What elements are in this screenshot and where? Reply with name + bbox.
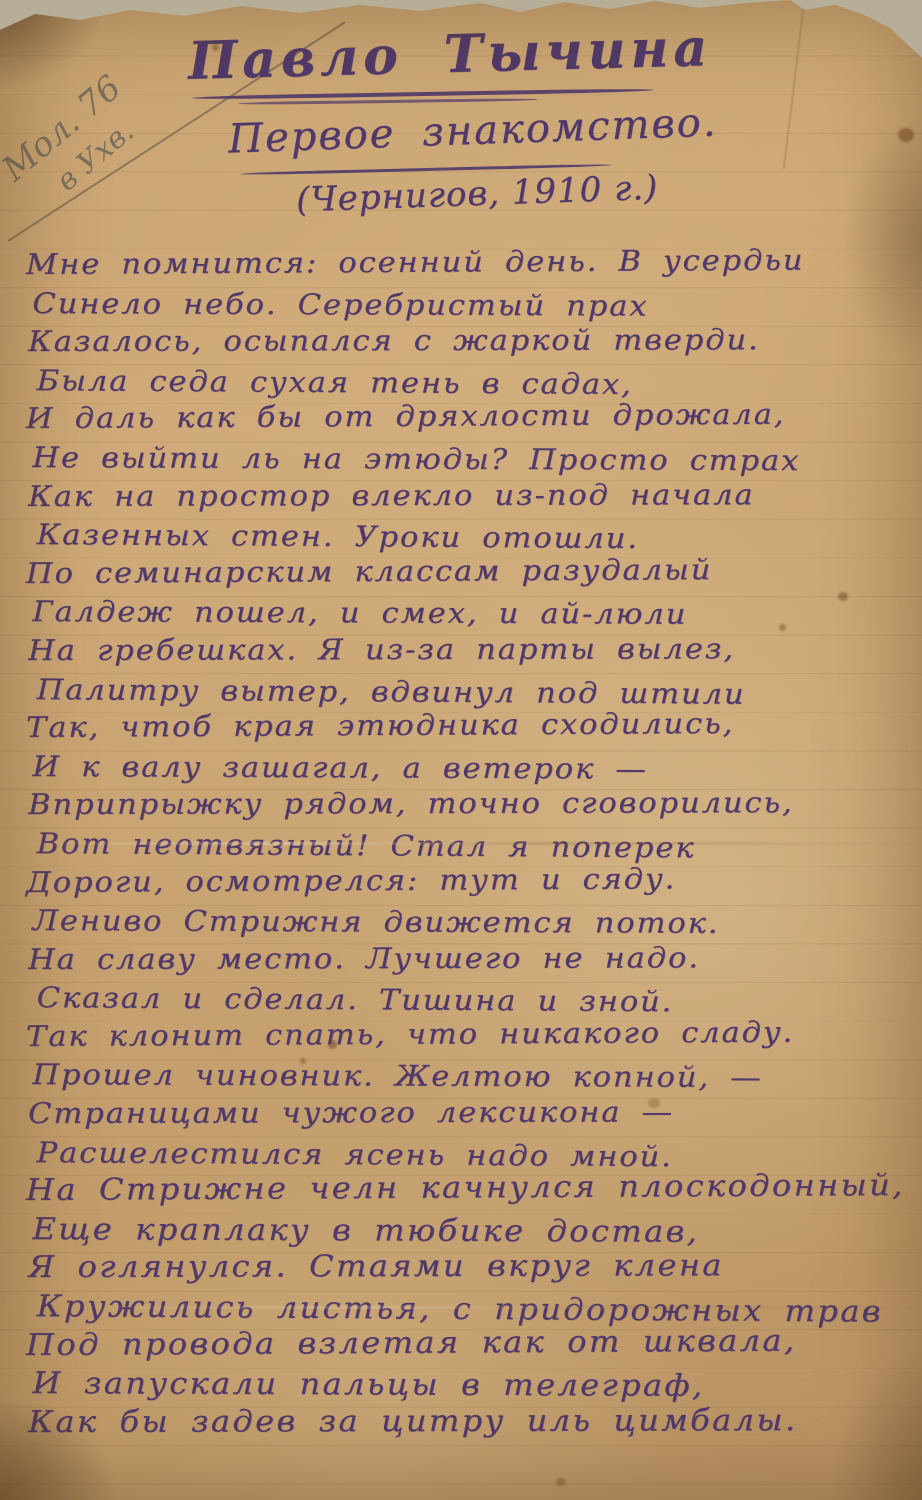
- poem-line: Лениво Стрижня движется поток.: [32, 902, 922, 944]
- poem-line: По семинарским классам разудалый: [26, 549, 922, 593]
- poem-line: Дороги, осмотрелся: тут и сяду.: [26, 858, 922, 902]
- stain-spot: [556, 1478, 566, 1486]
- poem-line: На славу место. Лучшего не надо.: [28, 938, 922, 979]
- poem-line: Так клонит спать, что никакого сладу.: [26, 1013, 922, 1057]
- pencil-annotation: Мол. 76 в Ухв.: [0, 67, 157, 223]
- poem-line: Вприпрыжку рядом, точно сговорились,: [28, 784, 922, 825]
- poem-title: Первое знакомство.: [227, 99, 718, 162]
- poem-line: И даль как бы от дряхлости дрожала,: [26, 395, 922, 439]
- poem-line: Как на простор влекло из-под начала: [28, 475, 922, 516]
- poem-line: Не выйти ль на этюды? Просто страх: [32, 439, 922, 481]
- poem-body: Мне помнится: осенний день. В усердьиСин…: [26, 246, 922, 1442]
- poem-line: Казалось, осыпался с жаркой тверди.: [28, 321, 922, 362]
- vertical-crease: [783, 1, 806, 170]
- poem-line: На Стрижне челн качнулся плоскодонный,: [26, 1167, 922, 1211]
- poem-line: Под провода взлетая как от шквала,: [26, 1321, 922, 1365]
- author-title: Павло Тычина: [187, 17, 712, 92]
- stain-spot: [898, 128, 914, 142]
- poem-line: На гребешках. Я из-за парты вылез,: [28, 630, 922, 671]
- poem-line: Так, чтоб края этюдника сходились,: [26, 704, 922, 748]
- poem-line: Как бы задев за цитру иль цимбалы.: [28, 1402, 922, 1443]
- title-underline-second: [238, 98, 538, 105]
- manuscript-page: Мол. 76 в Ухв. Павло Тычина Первое знако…: [0, 0, 922, 1500]
- poem-line: Мне помнится: осенний день. В усердьи: [26, 241, 922, 285]
- place-date: (Чернигов, 1910 г.): [295, 168, 659, 221]
- scan-backdrop: Мол. 76 в Ухв. Павло Тычина Первое знако…: [0, 0, 922, 1500]
- poem-line: Я оглянулся. Стаями вкруг клена: [28, 1247, 922, 1288]
- poem-line: Страницами чужого лексикона —: [28, 1093, 922, 1134]
